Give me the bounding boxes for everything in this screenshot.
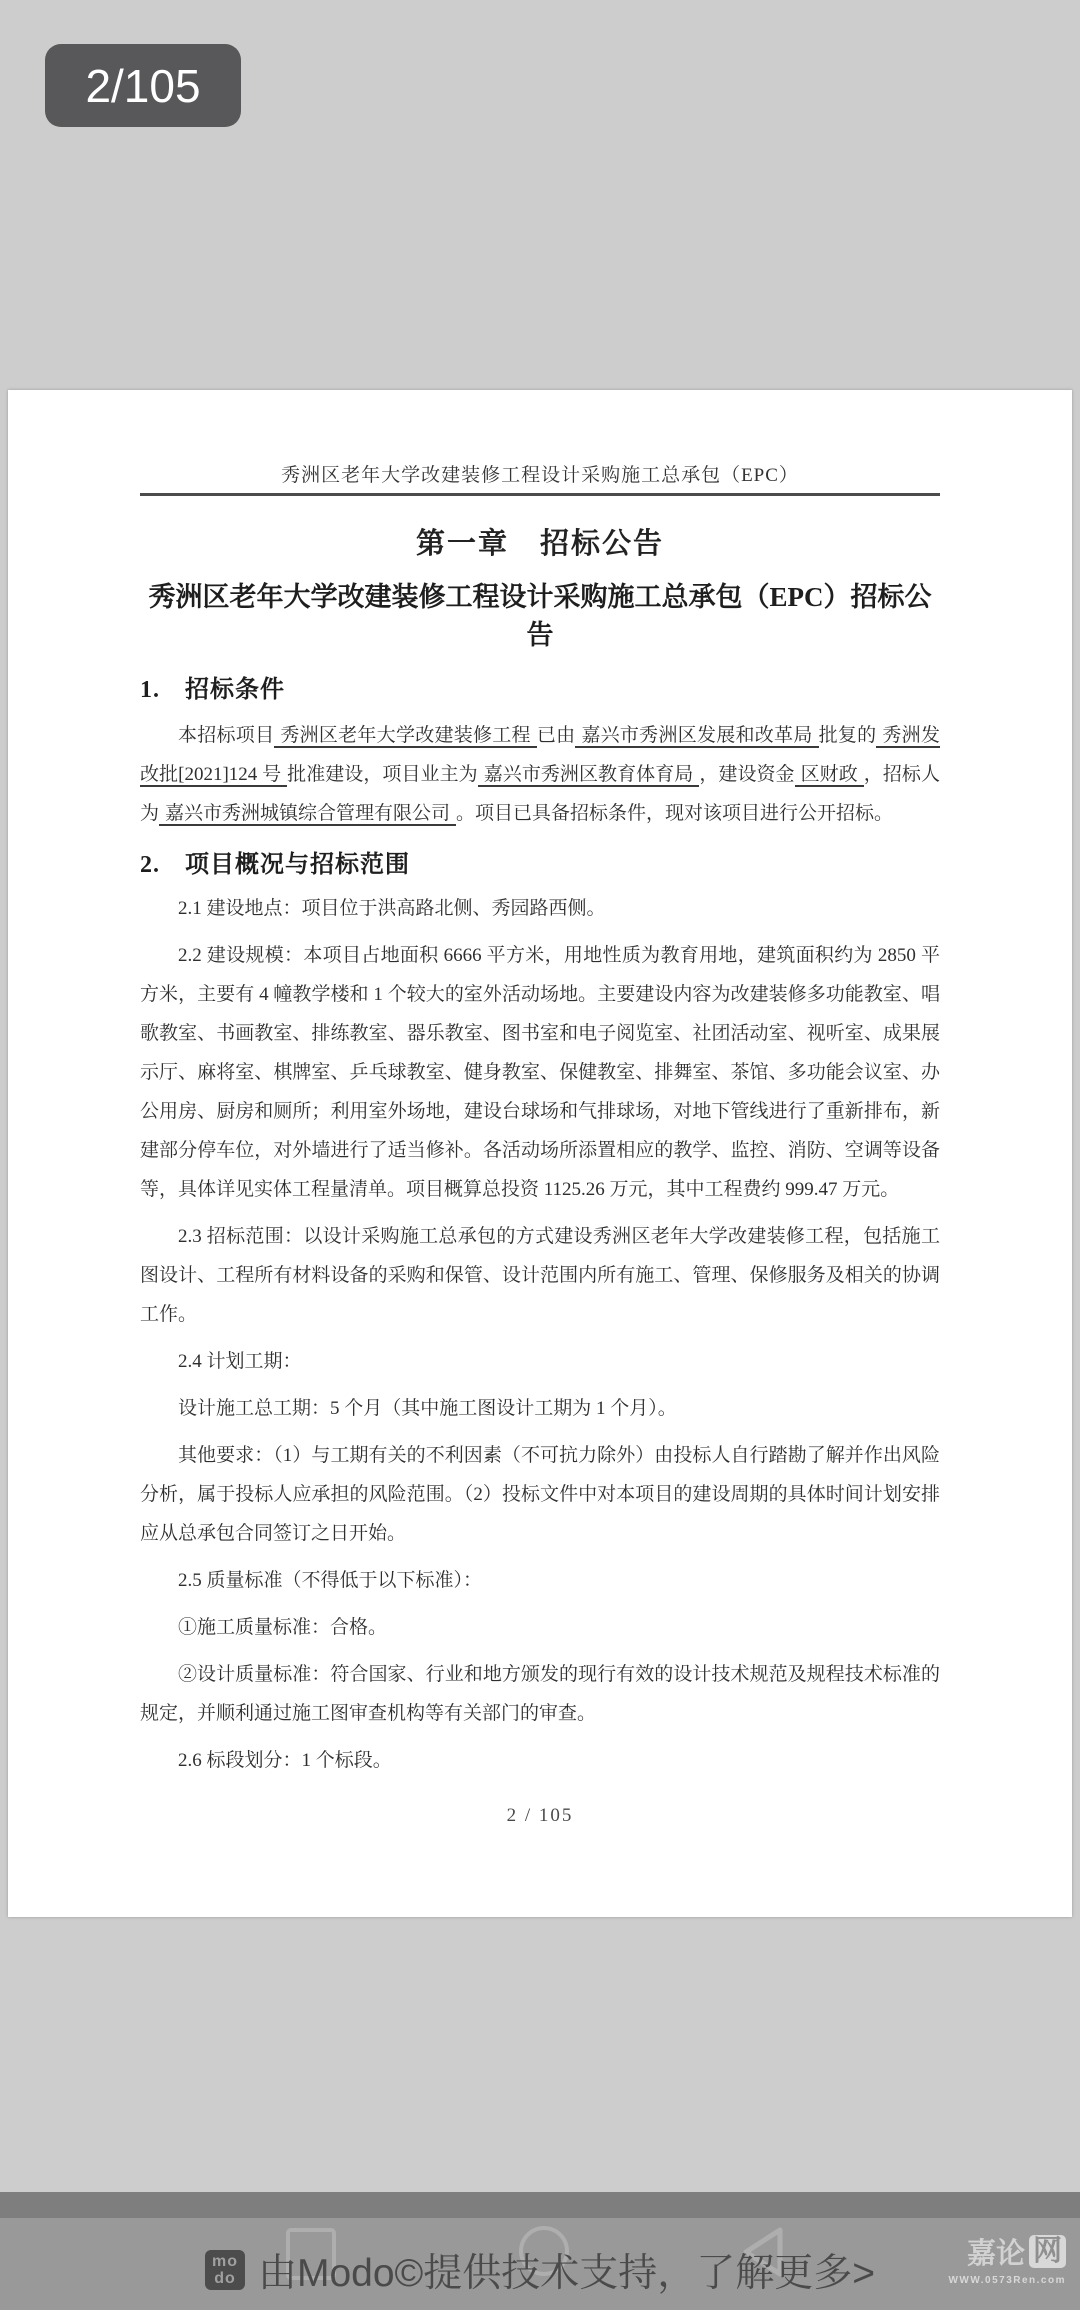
page-number-footer: 2 / 105 [8, 1805, 1072, 1827]
intro-text: 批复的 [819, 725, 877, 746]
blank-filled-funding: 区财政 [795, 764, 864, 787]
intro-text: 本招标项目 [178, 725, 274, 746]
modo-support-link[interactable]: 由Modo©提供技术支持，了解更多> [258, 2242, 875, 2298]
blank-filled-owner: 嘉兴市秀洲区教育体育局 [478, 764, 700, 787]
watermark-net-badge: 网 [1029, 2235, 1066, 2268]
section-2-heading: 2. 项目概况与招标范围 [140, 849, 940, 881]
section-1-heading: 1. 招标条件 [140, 674, 940, 706]
intro-text: 。项目已具备招标条件，现对该项目进行公开招标。 [456, 803, 893, 824]
jialun-watermark-logo: 嘉论 网 [948, 2231, 1066, 2272]
modo-logo-text-bottom: do [214, 2270, 236, 2287]
doc-paragraph-2-6: 2.6 标段划分：1 个标段。 [140, 1741, 940, 1780]
chapter-title: 第一章 招标公告 [140, 524, 940, 564]
doc-paragraph-2-5: 2.5 质量标准（不得低于以下标准）： [140, 1561, 940, 1600]
blank-filled-approver: 嘉兴市秀洲区发展和改革局 [575, 725, 818, 748]
modo-logo-icon: mo do [205, 2250, 245, 2290]
ad-bar[interactable]: mo do 由Modo©提供技术支持，了解更多> 嘉论 网 WWW.0573Re… [0, 2218, 1080, 2310]
doc-paragraph-quality-2: ②设计质量标准：符合国家、行业和地方颁发的现行有效的设计技术规范及规程技术标准的… [140, 1655, 940, 1733]
modo-logo-text-top: mo [212, 2253, 238, 2270]
document-viewer-screen: 2/105 秀洲区老年大学改建装修工程设计采购施工总承包（EPC） 第一章 招标… [0, 0, 1080, 2310]
doc-subtitle: 秀洲区老年大学改建装修工程设计采购施工总承包（EPC）招标公告 [140, 578, 940, 654]
intro-paragraph: 本招标项目秀洲区老年大学改建装修工程已由嘉兴市秀洲区发展和改革局批复的秀洲发改批… [140, 716, 940, 833]
ad-content-row: mo do 由Modo©提供技术支持，了解更多> [205, 2242, 875, 2298]
doc-paragraph-duration: 设计施工总工期：5 个月（其中施工图设计工期为 1 个月）。 [140, 1389, 940, 1428]
doc-paragraph-other-requirements: 其他要求：（1）与工期有关的不利因素（不可抗力除外）由投标人自行踏勘了解并作出风… [140, 1436, 940, 1553]
watermark-name-text: 嘉论 [967, 2231, 1025, 2272]
blank-filled-project-name: 秀洲区老年大学改建装修工程 [274, 725, 536, 748]
doc-paragraph-2-3: 2.3 招标范围：以设计采购施工总承包的方式建设秀洲区老年大学改建装修工程，包括… [140, 1217, 940, 1334]
intro-text: 批准建设，项目业主为 [287, 764, 478, 785]
blank-filled-tenderer: 嘉兴市秀洲城镇综合管理有限公司 [159, 803, 456, 826]
bottom-divider-band [0, 2192, 1080, 2218]
jialun-watermark: 嘉论 网 WWW.0573Ren.com [948, 2231, 1066, 2286]
page-indicator-badge: 2/105 [45, 44, 241, 127]
doc-running-header: 秀洲区老年大学改建装修工程设计采购施工总承包（EPC） [140, 460, 940, 487]
watermark-url-text: WWW.0573Ren.com [948, 2275, 1066, 2286]
doc-paragraph-2-4: 2.4 计划工期： [140, 1342, 940, 1381]
doc-paragraph-quality-1: ①施工质量标准：合格。 [140, 1608, 940, 1647]
doc-paragraph-2-1: 2.1 建设地点：项目位于洪高路北侧、秀园路西侧。 [140, 889, 940, 928]
doc-paragraph-2-2: 2.2 建设规模：本项目占地面积 6666 平方米，用地性质为教育用地，建筑面积… [140, 936, 940, 1209]
intro-text: 已由 [537, 725, 576, 746]
document-page[interactable]: 秀洲区老年大学改建装修工程设计采购施工总承包（EPC） 第一章 招标公告 秀洲区… [8, 390, 1072, 1917]
intro-text: ，建设资金 [699, 764, 794, 785]
header-rule [140, 493, 940, 496]
